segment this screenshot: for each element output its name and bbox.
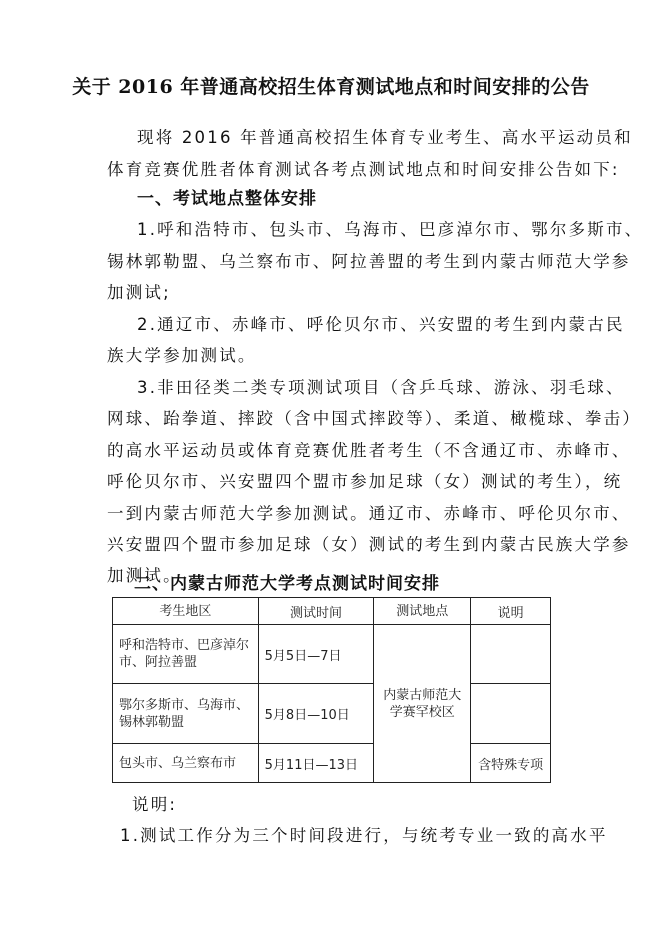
header-location: 测试地点	[374, 598, 471, 625]
section-heading-1: 一、考试地点整体安排	[137, 189, 585, 209]
cell-note	[471, 684, 551, 744]
section-heading-2: 二、内蒙古师范大学考点测试时间安排	[134, 574, 582, 594]
item-3-line-2: 网球、跆拳道、摔跤（含中国式摔跤等）、柔道、橄榄球、拳击）	[107, 409, 555, 429]
header-region: 考生地区	[113, 598, 259, 625]
item-1-line-2: 锡林郭勒盟、乌兰察布市、阿拉善盟的考生到内蒙古师范大学参	[107, 252, 555, 272]
item-3-line-5: 一到内蒙古师范大学参加测试。通辽市、赤峰市、呼伦贝尔市、	[107, 504, 555, 524]
header-note: 说明	[471, 598, 551, 625]
table-header-row: 考生地区 测试时间 测试地点 说明	[113, 598, 551, 625]
cell-region: 呼和浩特市、巴彦淖尔市、阿拉善盟	[113, 625, 259, 684]
cell-time: 5月11日—13日	[258, 744, 374, 783]
item-1-line-3: 加测试;	[107, 283, 555, 303]
schedule-table: 考生地区 测试时间 测试地点 说明 呼和浩特市、巴彦淖尔市、阿拉善盟 5月5日—…	[112, 597, 551, 783]
cell-time: 5月5日—7日	[258, 625, 374, 684]
item-3-line-3: 的高水平运动员或体育竞赛优胜者考生（不含通辽市、赤峰市、	[107, 441, 555, 461]
item-1-line-1: 1.呼和浩特市、包头市、乌海市、巴彦淖尔市、鄂尔多斯市、	[137, 220, 585, 240]
table-row: 鄂尔多斯市、乌海市、锡林郭勒盟 5月8日—10日	[113, 684, 551, 744]
document-title: 关于 2016 年普通高校招生体育测试地点和时间安排的公告	[0, 72, 662, 99]
notes-heading: 说明:	[132, 795, 580, 815]
item-2-line-2: 族大学参加测试。	[107, 346, 555, 366]
item-3-line-6: 兴安盟四个盟市参加足球（女）测试的考生到内蒙古民族大学参	[107, 535, 555, 555]
cell-time: 5月8日—10日	[258, 684, 374, 744]
cell-location: 内蒙古师范大学赛罕校区	[374, 625, 471, 783]
cell-note: 含特殊专项	[471, 744, 551, 783]
header-time: 测试时间	[258, 598, 374, 625]
table-row: 包头市、乌兰察布市 5月11日—13日 含特殊专项	[113, 744, 551, 783]
item-2-line-1: 2.通辽市、赤峰市、呼伦贝尔市、兴安盟的考生到内蒙古民	[137, 315, 585, 335]
table-row: 呼和浩特市、巴彦淖尔市、阿拉善盟 5月5日—7日 内蒙古师范大学赛罕校区	[113, 625, 551, 684]
item-3-line-4: 呼伦贝尔市、兴安盟四个盟市参加足球（女）测试的考生），统	[107, 472, 555, 492]
notes-line-1: 1.测试工作分为三个时间段进行，与统考专业一致的高水平	[120, 826, 568, 846]
intro-line-1: 现将 2016 年普通高校招生体育专业考生、高水平运动员和	[137, 128, 585, 148]
cell-region: 包头市、乌兰察布市	[113, 744, 259, 783]
cell-region: 鄂尔多斯市、乌海市、锡林郭勒盟	[113, 684, 259, 744]
cell-note	[471, 625, 551, 684]
intro-line-2: 体育竞赛优胜者体育测试各考点测试地点和时间安排公告如下:	[107, 160, 555, 180]
document-page: 关于 2016 年普通高校招生体育测试地点和时间安排的公告 现将 2016 年普…	[0, 0, 662, 936]
item-3-line-1: 3.非田径类二类专项测试项目（含乒乓球、游泳、羽毛球、	[137, 378, 585, 398]
